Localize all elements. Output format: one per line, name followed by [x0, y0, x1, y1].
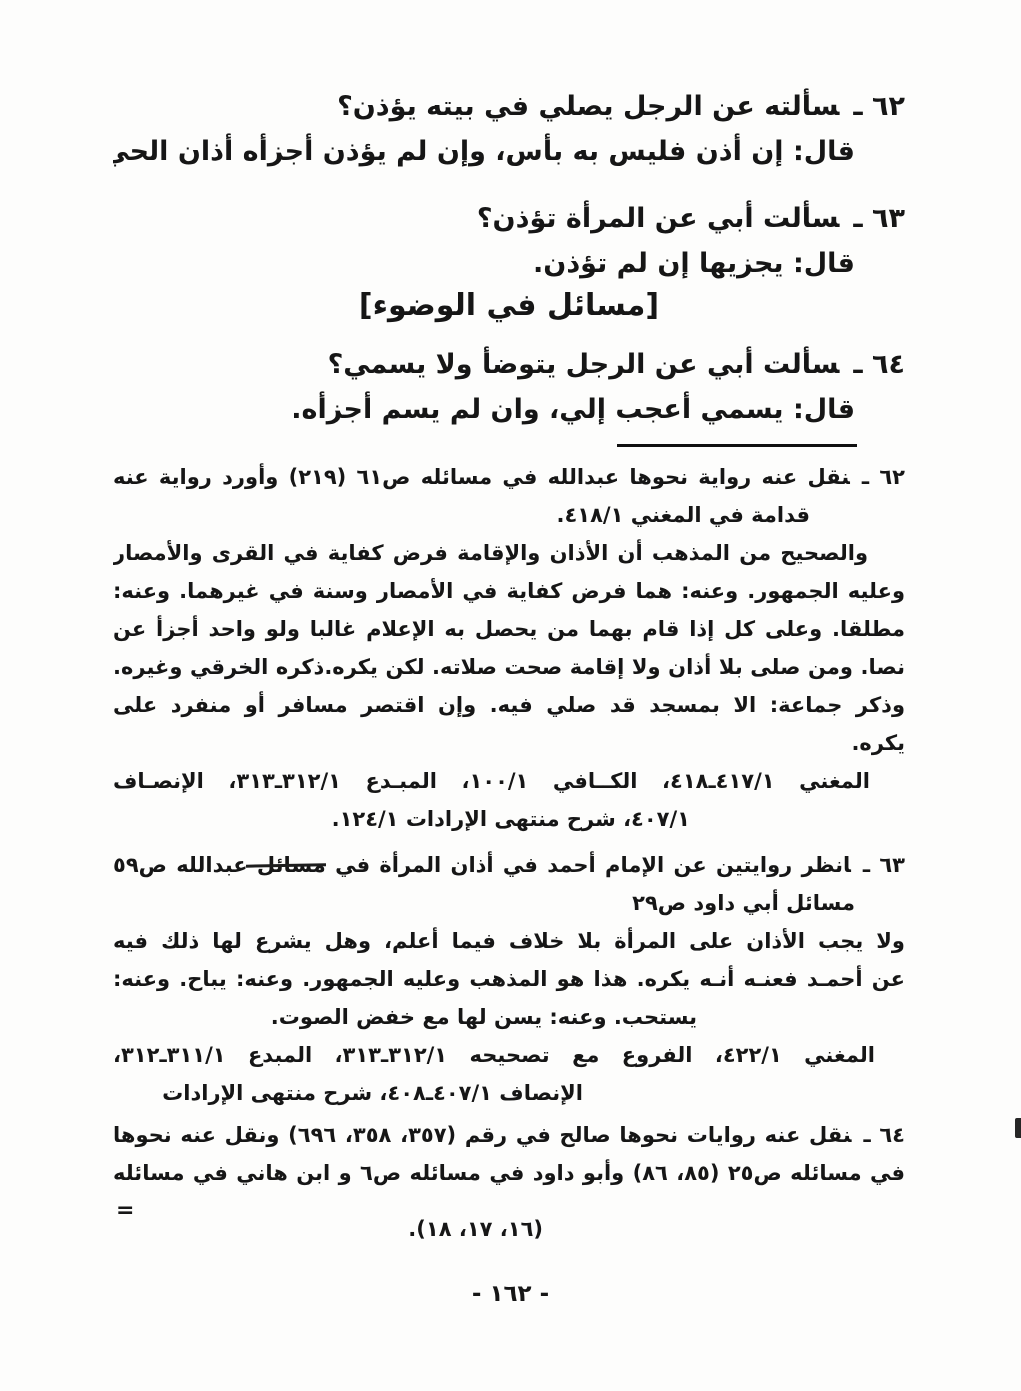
footnote-62: ٦٢ ـنقل عنه رواية نحوها عبدالله في مسائل… — [113, 458, 905, 838]
footnote-62-line: نصا. ومن صلى بلا أذان ولا إقامة صحت صلات… — [113, 648, 905, 686]
footnote-62-line: ٦٢ ـنقل عنه رواية نحوها عبدالله في مسائل… — [113, 458, 905, 496]
footnote-62-line: وعليه الجمهور. وعنه: هما فرض كفاية في ال… — [113, 572, 905, 610]
footnote-62-citation: ٤٠٧/١، شرح منتهى الإرادات ١٢٤/١. — [113, 800, 690, 838]
footnote-continuation-mark: = — [116, 1198, 134, 1223]
footnote-63-citation: الإنصاف ٤٠٧/١ـ٤٠٨، شرح منتهى الإرادات ١٢… — [113, 1074, 583, 1112]
scanned-book-page: ٦٢ ـسألته عن الرجل يصلي في بيته يؤذن؟ قا… — [0, 0, 1021, 1391]
footnote-64-line: ٦٤ ـنقل عنه روايات نحوها صالح في رقم (٣٥… — [113, 1116, 905, 1154]
page-number: - ١٦٢ - — [0, 1281, 1021, 1307]
footnote-64-number: ٦٤ ـ — [863, 1123, 905, 1147]
footnote-62-line: والصحيح من المذهب أن الأذان والإقامة فرض… — [113, 534, 868, 572]
footnote-63-line: يستحب. وعنه: يسن لها مع خفض الصوت. — [113, 998, 697, 1036]
footnote-62-line: يكره. — [113, 724, 905, 762]
section-heading-wudu: [مسائل في الوضوء] — [113, 282, 905, 330]
footnote-separator-rule — [617, 444, 857, 447]
question-62-number: ٦٢ ـ — [853, 91, 905, 122]
footnote-63-line: مسائل أبي داود ص٢٩ — [113, 884, 855, 922]
footnote-63-line: عن أحمـد فعنـه أنـه يكره. هذا هو المذهب … — [113, 960, 905, 998]
footnote-62-number: ٦٢ ـ — [862, 465, 905, 489]
question-63-text: سألت أبي عن المرأة تؤذن؟ — [477, 203, 840, 234]
answer-62: قال: إن أذن فليس به بأس، وإن لم يؤذن أجز… — [113, 129, 905, 174]
footnote-63-citation: المغني ٤٢٢/١، الفروع مع تصحيحه ٣١٢/١ـ٣١٣… — [113, 1036, 875, 1074]
scan-artifact-edge — [1015, 1118, 1021, 1138]
footnote-62-line: وذكر جماعة: الا بمسجد قد صلي فيه. وإن اق… — [113, 686, 905, 724]
footnote-63-line: ٦٣ ـانظر روايتين عن الإمام أحمد في أذان … — [113, 846, 905, 884]
footnote-63: ٦٣ ـانظر روايتين عن الإمام أحمد في أذان … — [113, 846, 905, 1112]
footnote-63-line: ولا يجب الأذان على المرأة بلا خلاف فيما … — [113, 922, 905, 960]
footnote-64-line: في مسائله ص٢٥ (٨٥، ٨٦) وأبو داود في مسائ… — [113, 1154, 905, 1192]
answer-63: قال: يجزيها إن لم تؤذن. — [113, 241, 905, 286]
footnotes-block: ٦٢ ـنقل عنه رواية نحوها عبدالله في مسائل… — [113, 458, 905, 1248]
question-64: ٦٤ ـسألت أبي عن الرجل يتوضأ ولا يسمي؟ — [113, 342, 905, 387]
footnote-62-line: قدامة في المغني ٤١٨/١. — [113, 496, 810, 534]
footnote-64: ٦٤ ـنقل عنه روايات نحوها صالح في رقم (٣٥… — [113, 1116, 905, 1248]
answer-64: قال: يسمي أعجب إلي، وان لم يسم أجزأه. — [113, 387, 905, 432]
question-63: ٦٣ ـسألت أبي عن المرأة تؤذن؟ — [113, 196, 905, 241]
question-64-text: سألت أبي عن الرجل يتوضأ ولا يسمي؟ — [328, 349, 840, 380]
question-64-number: ٦٤ ـ — [853, 349, 905, 380]
footnote-64-citation: (١٦، ١٧، ١٨). — [113, 1210, 543, 1248]
main-text-block: ٦٢ ـسألته عن الرجل يصلي في بيته يؤذن؟ قا… — [113, 84, 905, 432]
footnote-63-number: ٦٣ ـ — [863, 853, 905, 877]
question-62: ٦٢ ـسألته عن الرجل يصلي في بيته يؤذن؟ — [113, 84, 905, 129]
footnote-62-line: مطلقا. وعلى كل إذا قام بهما من يحصل به ا… — [113, 610, 905, 648]
question-63-number: ٦٣ ـ — [853, 203, 905, 234]
footnote-62-citation: المغني ٤١٧/١ـ٤١٨، الكــافي ١٠٠/١، المبـد… — [113, 762, 870, 800]
question-62-text: سألته عن الرجل يصلي في بيته يؤذن؟ — [337, 91, 839, 122]
